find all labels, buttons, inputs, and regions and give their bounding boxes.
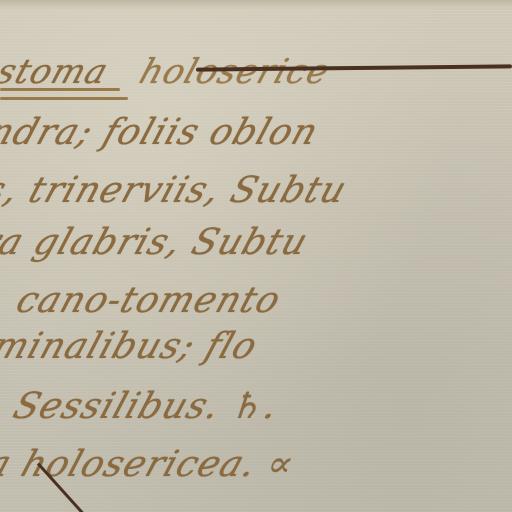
- manuscript-line-4: ra glabris, Subtu: [0, 222, 313, 263]
- struck-word: holoserice: [135, 52, 336, 92]
- page-top-edge: [0, 0, 512, 10]
- heading-underline-second: [0, 97, 128, 100]
- manuscript-line-8: a holosericea. ∝: [0, 444, 300, 485]
- heading-underline: [0, 88, 120, 91]
- manuscript-line-5: cano-tomento: [11, 280, 286, 321]
- manuscript-line-3: s, trinerviis, Subtu: [0, 170, 352, 211]
- manuscript-line-1: stomaholoserice: [0, 52, 335, 92]
- manuscript-line-6: minalibus; flo: [0, 326, 263, 367]
- manuscript-line-7: , Sessilibus. ♄.: [0, 386, 284, 427]
- genus-heading: stoma: [0, 52, 114, 92]
- manuscript-line-2: ndra; foliis oblon: [0, 112, 324, 153]
